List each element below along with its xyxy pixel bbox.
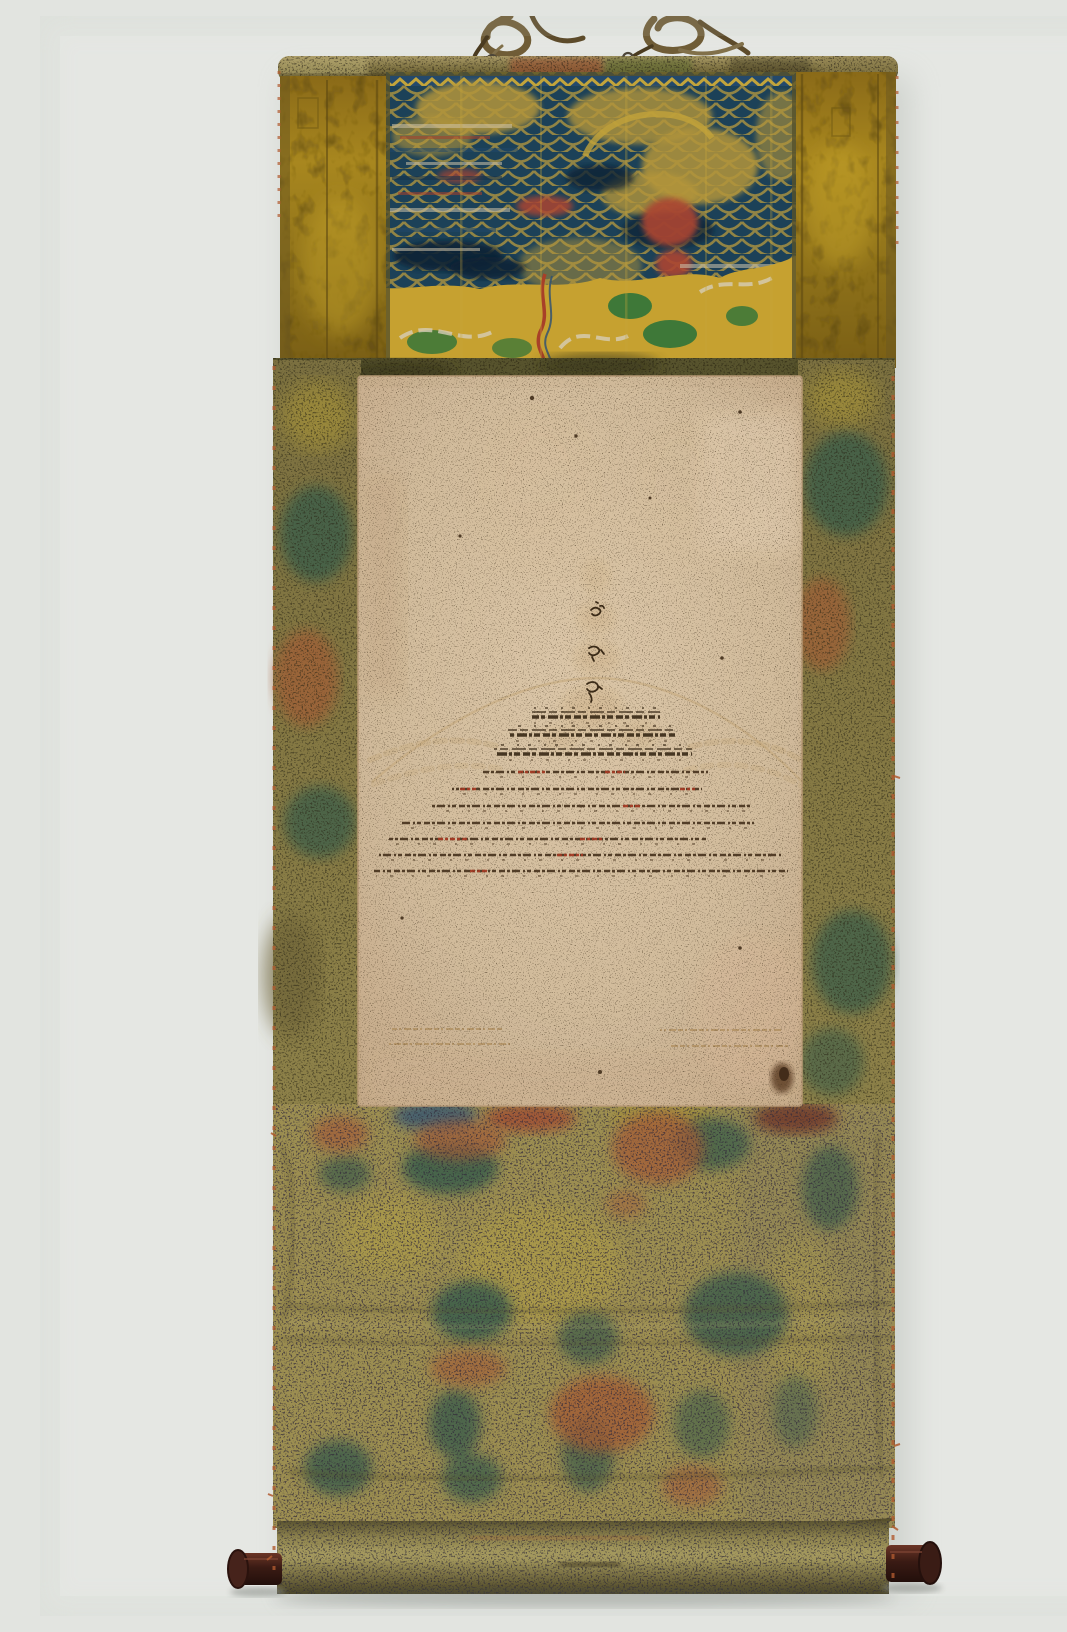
roller-knob-right: [882, 1542, 942, 1593]
scroll-photo: Photograph of an antique hanging scroll:…: [40, 16, 1067, 1616]
scroll-photo-canvas: [40, 16, 1067, 1616]
inscription-paper: [358, 376, 808, 1106]
roller-knob-left: [228, 1550, 286, 1597]
mount-border-left: [264, 360, 361, 1108]
bottom-roll: [277, 1518, 892, 1594]
brocade-panel: [386, 72, 808, 362]
lower-mount-field: [273, 1101, 895, 1528]
header-panels: [280, 72, 896, 368]
mount-border-right: [794, 360, 895, 1108]
scroll: [228, 16, 942, 1607]
gold-panel-left: [280, 76, 386, 364]
gold-panel-right: [794, 72, 896, 368]
